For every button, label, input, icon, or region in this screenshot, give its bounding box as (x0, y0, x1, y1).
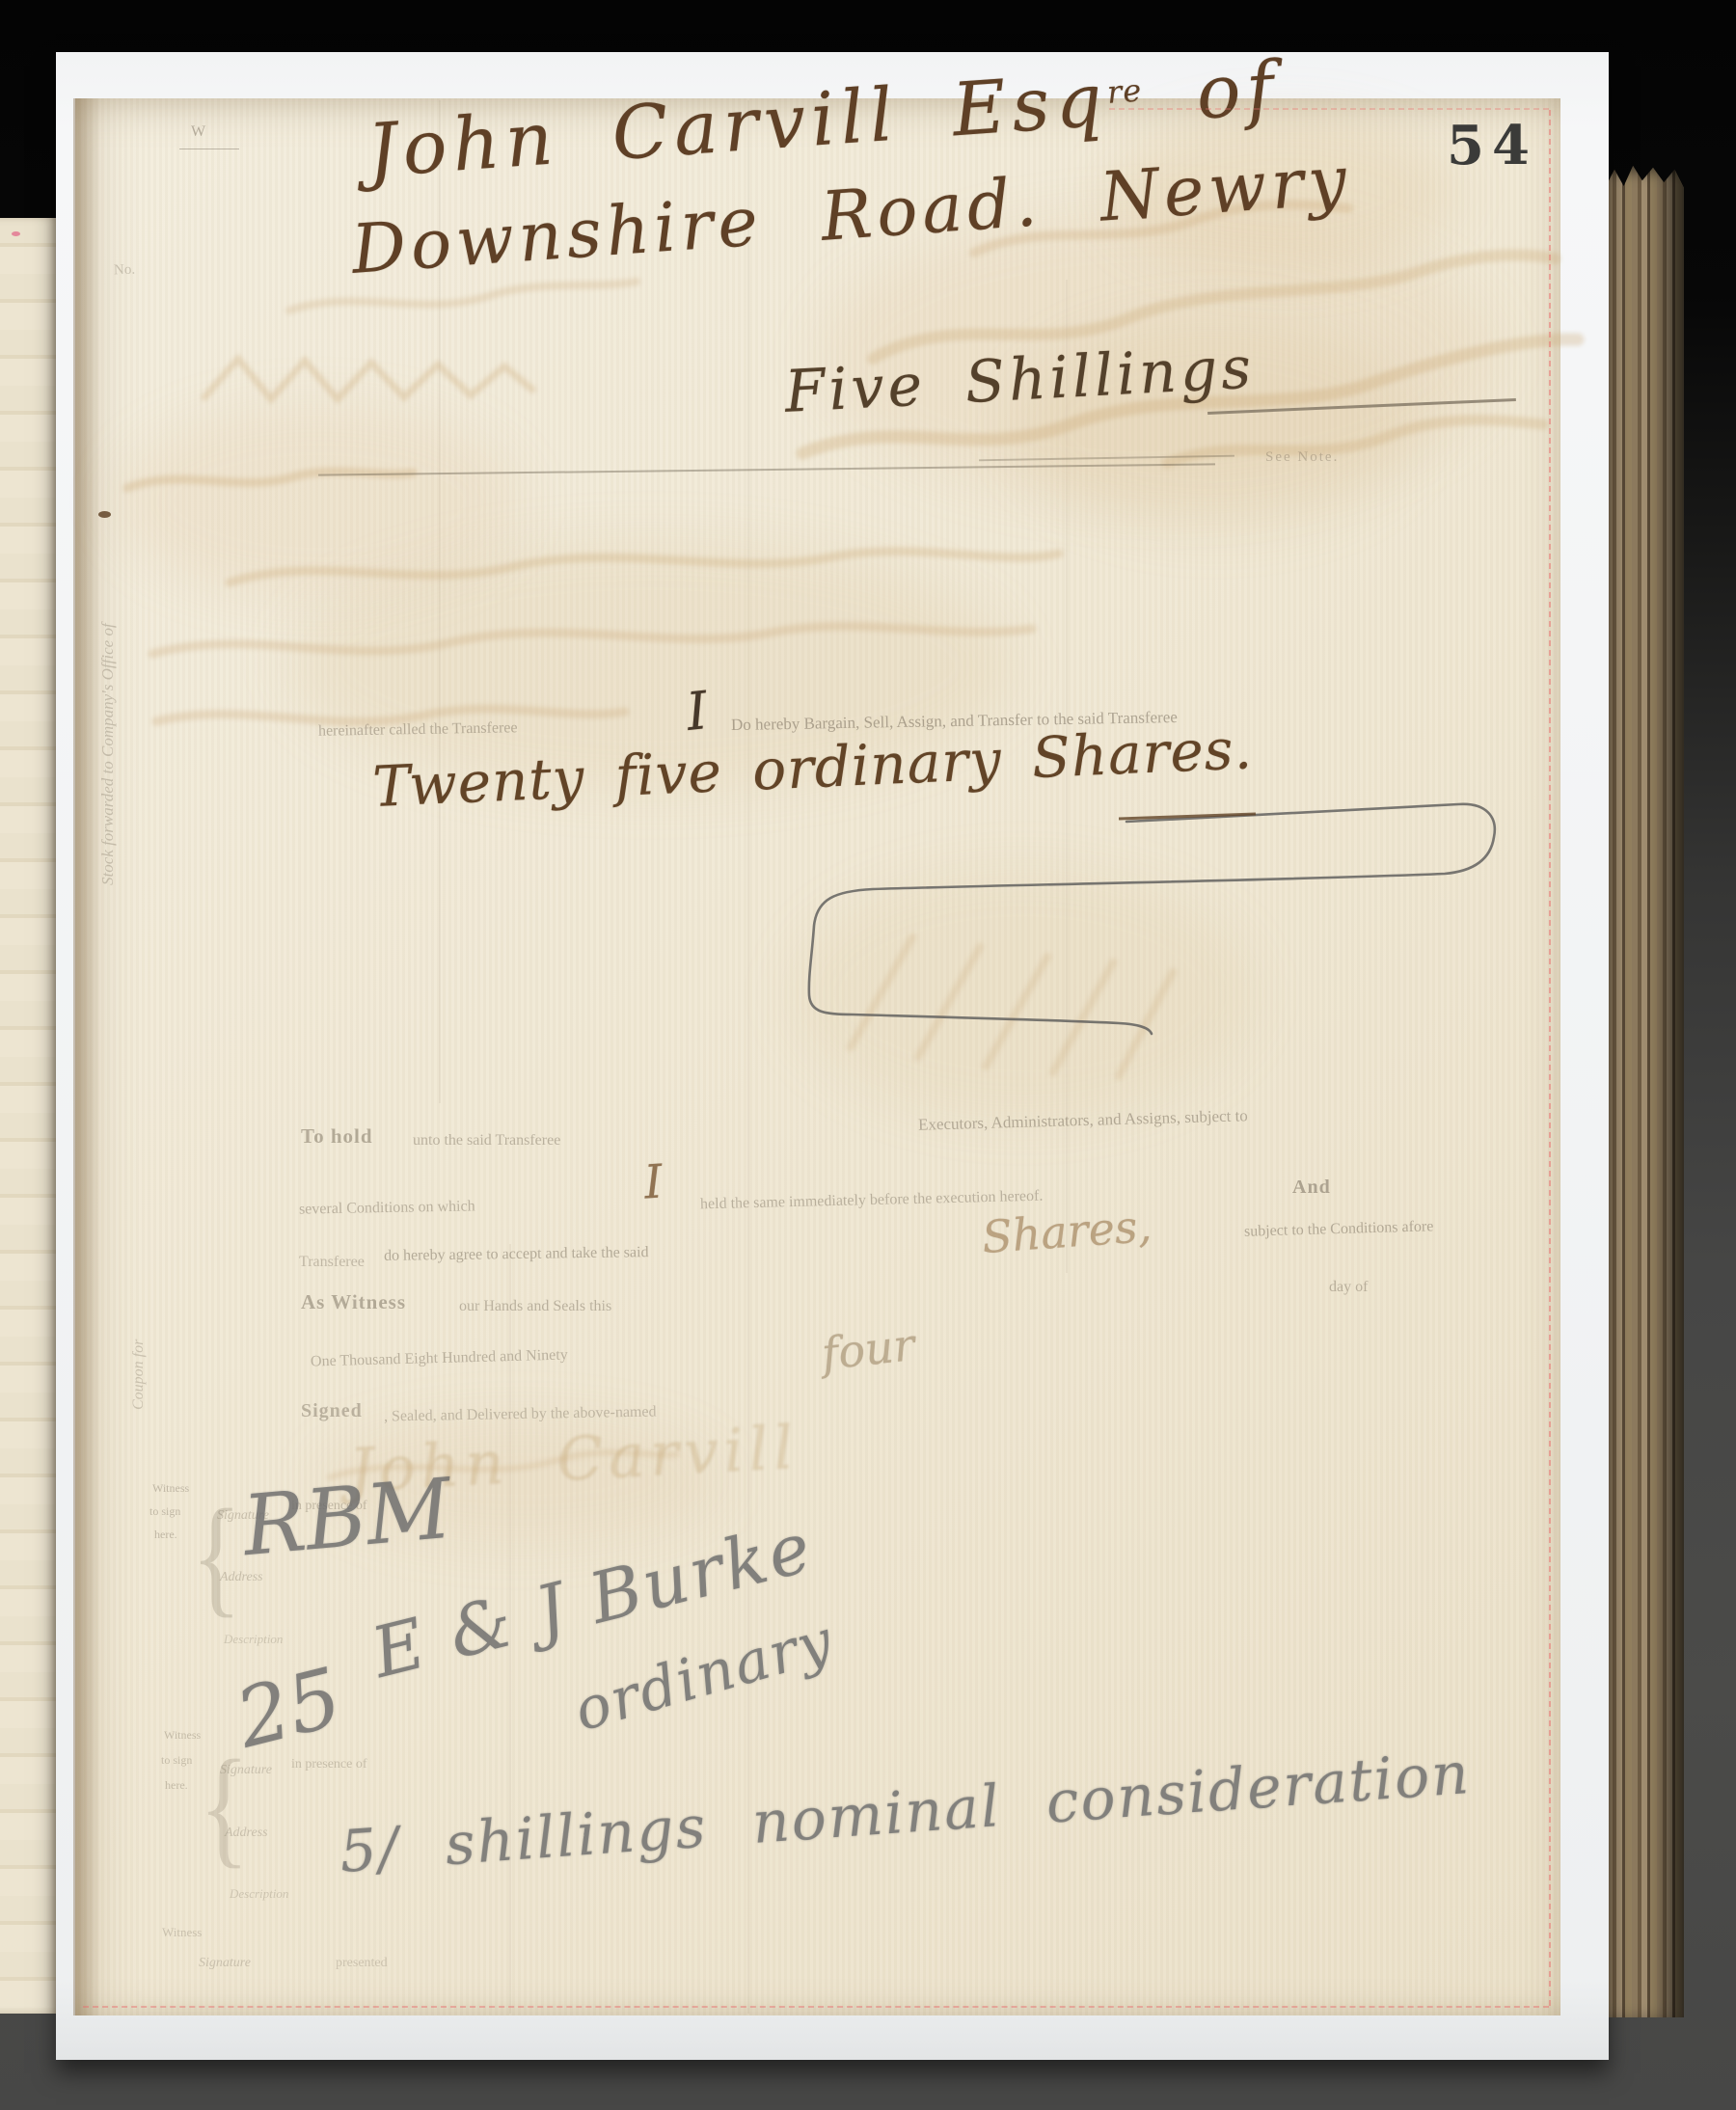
form-border-right (1549, 110, 1551, 2006)
gutter-shadow (73, 98, 100, 2015)
printed-as-witness: As Witness (301, 1290, 406, 1314)
witness-address-label: Address (225, 1826, 268, 1841)
printed-hands-seals: our Hands and Seals this (459, 1298, 611, 1315)
witness-label: Witness (152, 1481, 189, 1496)
printed-conditions: several Conditions on which (299, 1198, 475, 1218)
bottom-fragment: Witness (162, 1925, 202, 1940)
number-label: No. (114, 262, 136, 280)
printed-clause-transferee: hereinafter called the Transferee (318, 719, 518, 741)
transferee-name-superscript: re (1106, 71, 1144, 110)
page-crease (747, 100, 749, 2014)
bottom-fragment: Signature (199, 1956, 251, 1971)
scanned-ledger-page: 54 W No. John Carvill Esqre of Downshire… (0, 0, 1736, 2110)
bleed-stain (116, 405, 521, 598)
witness-label: to sign (149, 1504, 180, 1519)
page-number: 54 (1447, 114, 1537, 177)
witness-label: here. (165, 1778, 188, 1793)
printed-to-hold-rest: unto the said Transferee (413, 1132, 560, 1150)
printed-transferee2: Transferee (299, 1254, 365, 1271)
margin-coupon-caption: Coupon for (130, 1339, 148, 1410)
printed-to-hold: To hold (301, 1124, 373, 1149)
witness-label: to sign (161, 1753, 192, 1768)
witness-description-label: Description (224, 1632, 283, 1647)
margin-stock-caption: Stock forwarded to Company's Office of (98, 623, 118, 885)
transferee-name-of: of (1139, 44, 1282, 140)
witness-signature-label: Signature (220, 1763, 272, 1778)
witness-bracket: { (191, 1479, 242, 1633)
printed-and: And (1292, 1177, 1331, 1199)
witness-label: Witness (164, 1728, 201, 1743)
printed-signed: Signed (301, 1400, 363, 1422)
handwritten-initial-2: I (642, 1154, 665, 1209)
ink-fleck (98, 511, 111, 518)
book-page-block-edge (1607, 162, 1684, 2017)
bleed-stain (791, 868, 1254, 1119)
printed-day-of: day of (1329, 1279, 1368, 1296)
witness-bracket: { (199, 1730, 250, 1883)
form-border-top (1109, 108, 1549, 110)
handwritten-year-word: four (819, 1318, 916, 1380)
pink-fleck (12, 231, 20, 236)
witness-presence-label: in presence of (291, 1757, 367, 1772)
bottom-fragment: presented (336, 1956, 388, 1971)
book-left-page-edges (0, 218, 60, 2014)
witness-label: here. (154, 1528, 177, 1542)
form-border-bottom (83, 2006, 1549, 2008)
witness-description-label: Description (230, 1886, 288, 1902)
pencil-initials: RBM (239, 1461, 455, 1575)
corner-mark-rule (179, 149, 239, 149)
corner-mark: W (191, 123, 205, 141)
see-note-label: See Note. (1265, 449, 1339, 466)
printed-accept-clause: do hereby agree to accept and take the s… (384, 1244, 649, 1265)
